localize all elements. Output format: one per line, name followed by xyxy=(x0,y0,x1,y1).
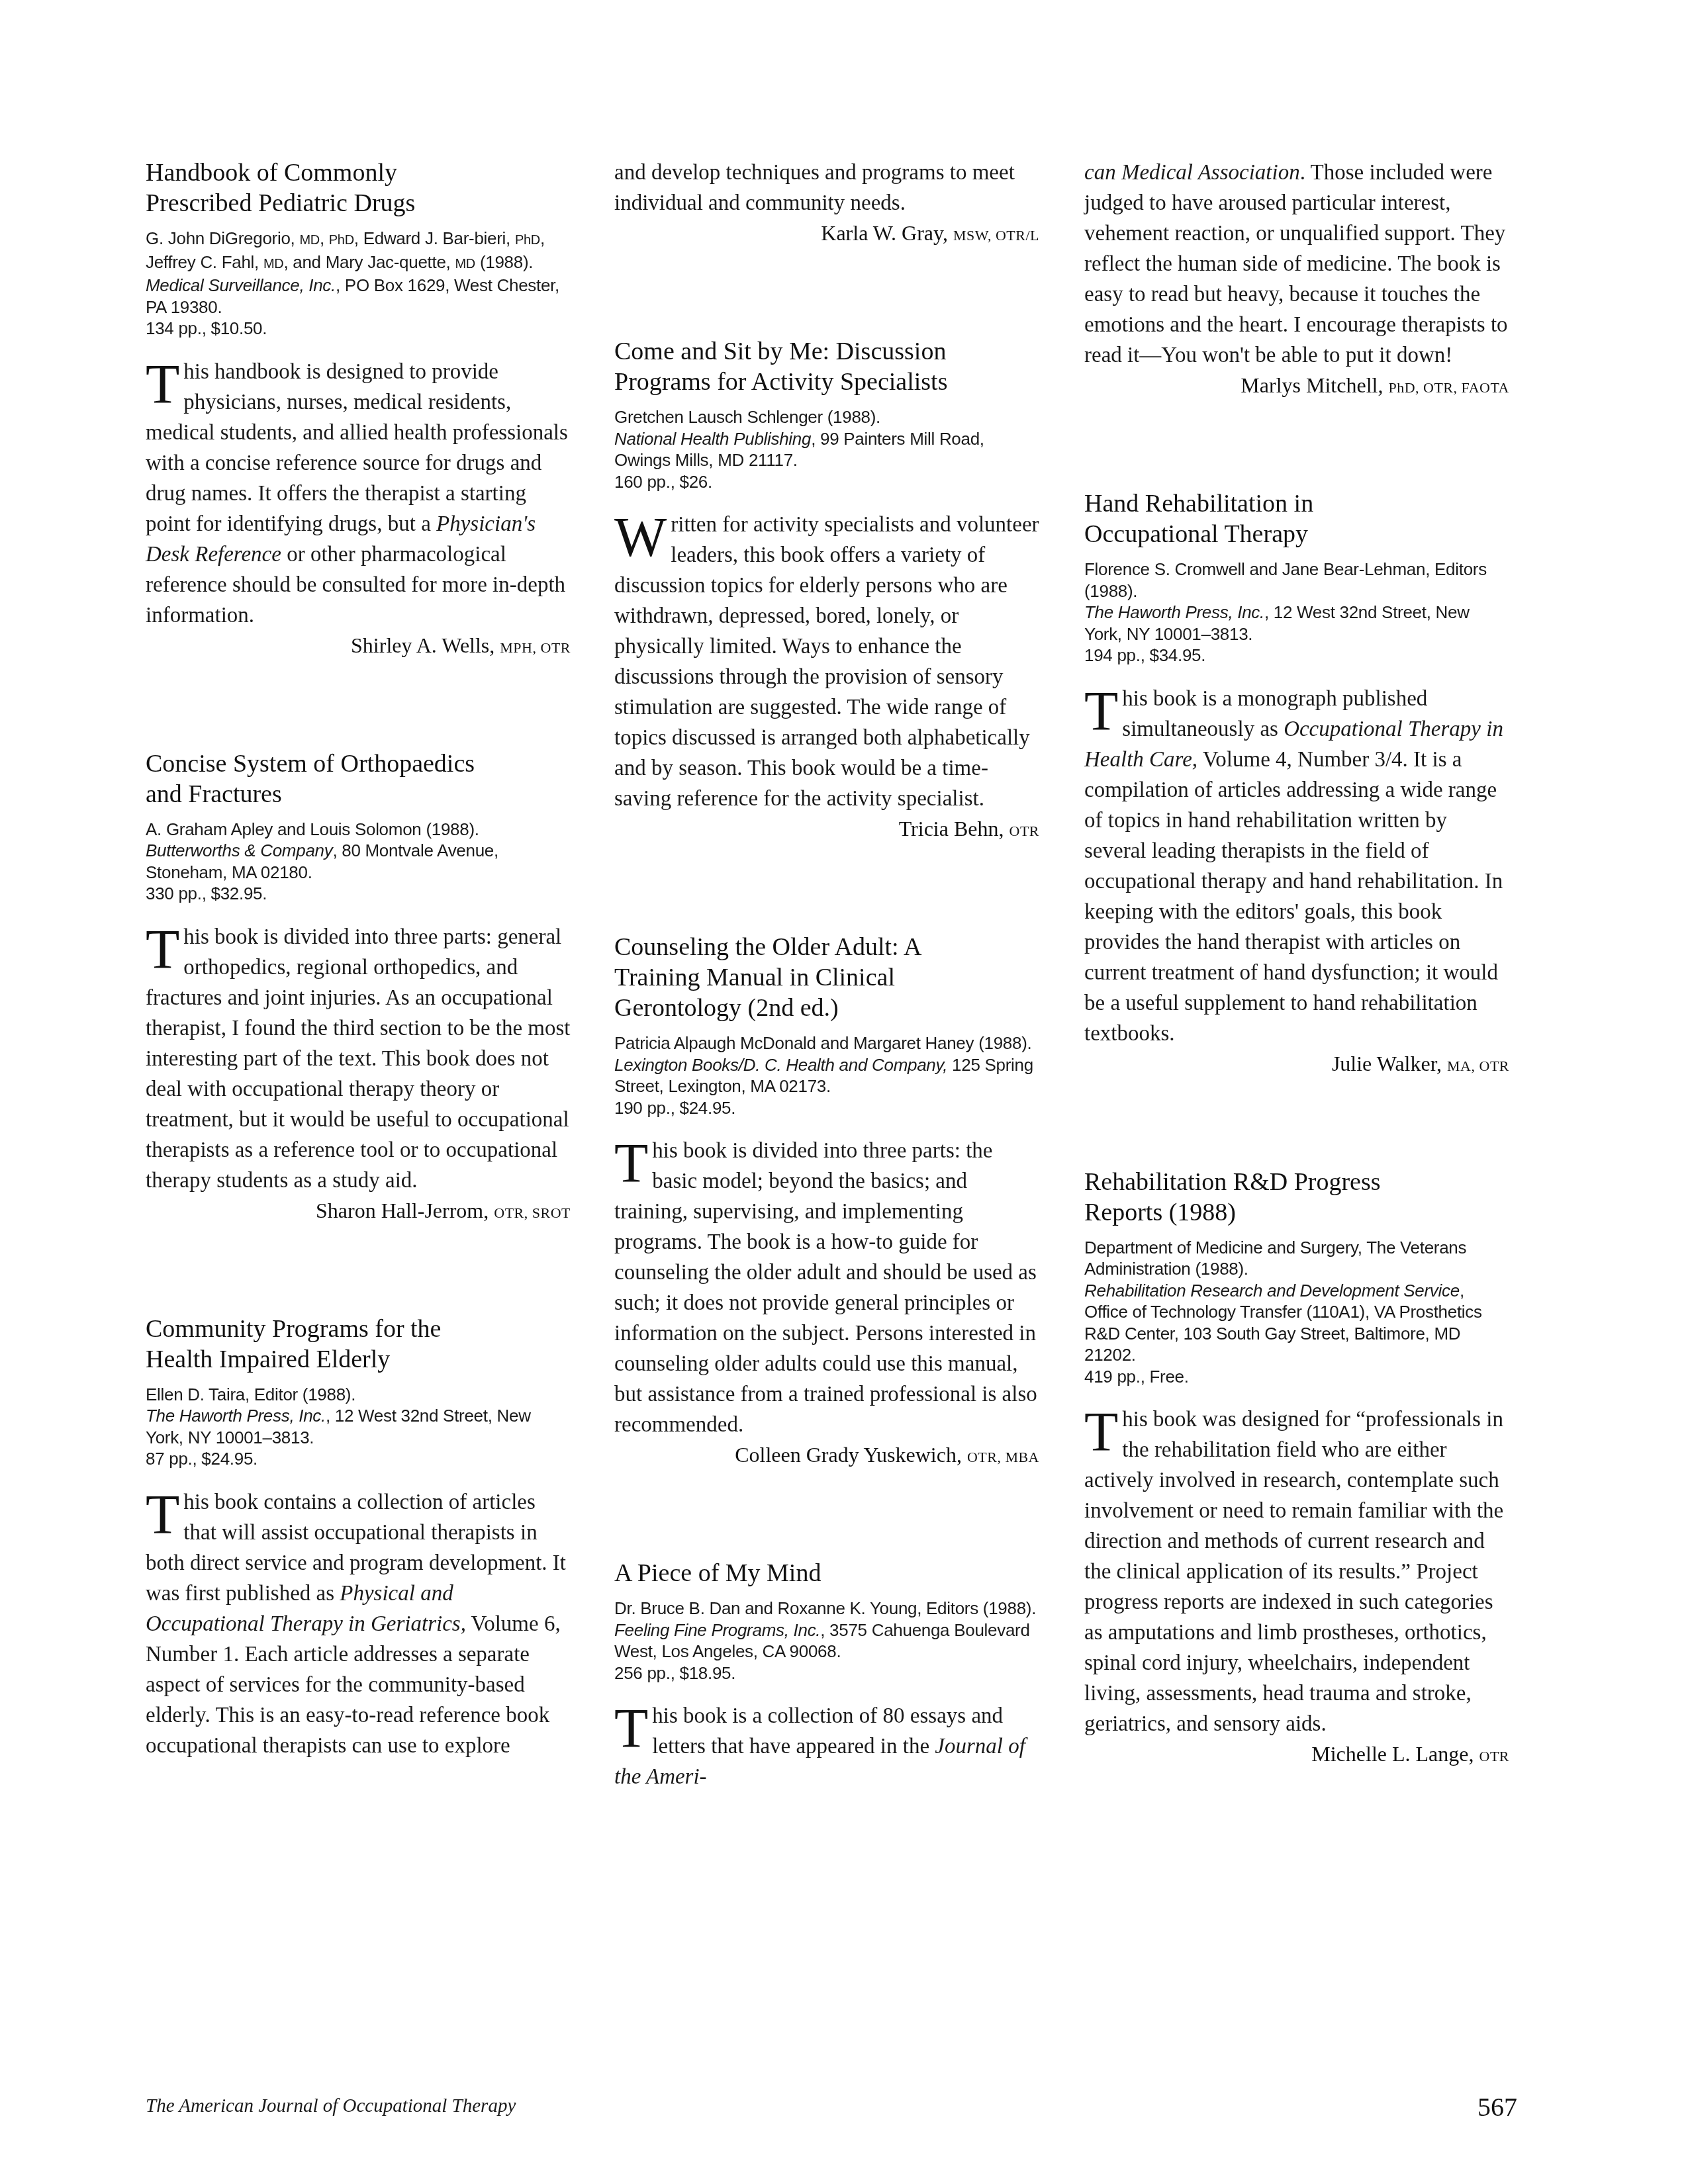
review-title: A Piece of My Mind xyxy=(614,1558,1039,1588)
reviewer-name: Michelle L. Lange xyxy=(1311,1742,1468,1766)
authors: Department of Medicine and Surgery, The … xyxy=(1084,1238,1466,1279)
title-line: Concise System of Orthopaedics xyxy=(146,750,475,778)
title-line: Programs for Activity Specialists xyxy=(614,368,947,396)
page-number: 567 xyxy=(1477,2091,1517,2122)
pages-price: 194 pp., $34.95. xyxy=(1084,645,1205,665)
body-text: Volume 4, Number 3/4. It is a compilatio… xyxy=(1084,748,1503,1046)
reviewer-signature: Marlys Mitchell, PhD, OTR, FAOTA xyxy=(1084,371,1509,402)
review-body: This book was designed for “professional… xyxy=(1084,1404,1509,1739)
reviewer-credentials: MPH, OTR xyxy=(500,639,571,656)
review-community-programs-continued: and develop techniques and programs to m… xyxy=(614,158,1039,250)
pages-price: 134 pp., $10.50. xyxy=(146,318,267,338)
publisher: Butterworths & Company xyxy=(146,841,332,860)
spacer xyxy=(1084,1081,1509,1167)
body-text: and develop techniques and programs to m… xyxy=(614,158,1039,218)
year: (1988). xyxy=(475,252,533,272)
reviewer-name: Sharon Hall-Jerrom xyxy=(316,1199,483,1222)
pages-price: 419 pp., Free. xyxy=(1084,1367,1189,1387)
review-title: Community Programs for the Health Impair… xyxy=(146,1314,571,1375)
review-title: Handbook of Commonly Prescribed Pediatri… xyxy=(146,158,571,218)
title-line: Health Impaired Elderly xyxy=(146,1345,390,1373)
title-line: Rehabilitation R&D Progress xyxy=(1084,1168,1381,1196)
reviewer-name: Marlys Mitchell xyxy=(1241,373,1378,397)
drop-cap: T xyxy=(614,1705,648,1754)
review-orthopaedics: Concise System of Orthopaedics and Fract… xyxy=(146,749,571,1228)
body-text: his book was designed for “professionals… xyxy=(1084,1408,1503,1736)
review-pediatric-drugs: Handbook of Commonly Prescribed Pediatri… xyxy=(146,158,571,662)
review-body: This book is a monograph published simul… xyxy=(1084,684,1509,1049)
review-title: Rehabilitation R&D Progress Reports (198… xyxy=(1084,1167,1509,1228)
title-line: Training Manual in Clinical xyxy=(614,964,895,991)
title-line: and Fractures xyxy=(146,780,282,808)
spacer xyxy=(146,662,571,749)
review-body: This book is divided into three parts: t… xyxy=(614,1136,1039,1440)
drop-cap: T xyxy=(146,1491,179,1540)
title-line: Reports (1988) xyxy=(1084,1199,1236,1226)
spacer xyxy=(146,1228,571,1314)
authors: Gretchen Lausch Schlenger (1988). xyxy=(614,407,880,427)
pages-price: 160 pp., $26. xyxy=(614,472,712,492)
review-community-programs: Community Programs for the Health Impair… xyxy=(146,1314,571,1761)
reviewer-signature: Sharon Hall-Jerrom, OTR, SROT xyxy=(146,1196,571,1228)
publisher: The Haworth Press, Inc. xyxy=(146,1406,326,1426)
reviewer-credentials: MA, OTR xyxy=(1447,1058,1509,1074)
body-text: ritten for activity specialists and volu… xyxy=(614,513,1039,811)
credential: MD xyxy=(455,257,475,271)
reviewer-credentials: OTR, SROT xyxy=(494,1205,571,1221)
authors: , xyxy=(320,228,329,248)
authors: G. John DiGregorio, xyxy=(146,228,299,248)
drop-cap: T xyxy=(1084,688,1118,737)
credential: PhD xyxy=(515,233,540,248)
credential: MD xyxy=(263,257,284,271)
footer-journal-title: The American Journal of Occupational The… xyxy=(146,2095,516,2117)
citation: Ellen D. Taira, Editor (1988).The Hawort… xyxy=(146,1384,571,1470)
citation: Department of Medicine and Surgery, The … xyxy=(1084,1237,1509,1388)
title-line: Counseling the Older Adult: A xyxy=(614,933,921,961)
column-3: can Medical Association. Those included … xyxy=(1084,158,1509,1771)
column-1: Handbook of Commonly Prescribed Pediatri… xyxy=(146,158,571,1761)
spacer xyxy=(614,1472,1039,1558)
pages-price: 87 pp., $24.95. xyxy=(146,1449,258,1469)
drop-cap: T xyxy=(146,361,179,410)
citation: G. John DiGregorio, MD, PhD, Edward J. B… xyxy=(146,228,571,340)
title-line: Occupational Therapy xyxy=(1084,520,1308,548)
reviewer-signature: Colleen Grady Yuskewich, OTR, MBA xyxy=(614,1440,1039,1472)
title-line: Come and Sit by Me: Discussion xyxy=(614,338,946,365)
body-text: his book is divided into three parts: th… xyxy=(614,1139,1037,1437)
citation: Gretchen Lausch Schlenger (1988).Nationa… xyxy=(614,406,1039,492)
reviewer-credentials: OTR, MBA xyxy=(967,1449,1039,1465)
review-body: This handbook is designed to provide phy… xyxy=(146,357,571,631)
spacer xyxy=(614,846,1039,932)
review-hand-rehabilitation: Hand Rehabilitation in Occupational Ther… xyxy=(1084,488,1509,1081)
review-body: Written for activity specialists and vol… xyxy=(614,510,1039,814)
reviewer-credentials: PhD, OTR, FAOTA xyxy=(1388,379,1509,396)
credential: MD xyxy=(299,233,320,248)
reviewer-credentials: OTR xyxy=(1479,1748,1510,1764)
pages-price: 330 pp., $32.95. xyxy=(146,884,267,903)
review-body: This book is divided into three parts: g… xyxy=(146,922,571,1196)
reviewer-name: Karla W. Gray xyxy=(821,221,943,245)
reviewer-signature: Tricia Behn, OTR xyxy=(614,814,1039,846)
review-counseling-older-adult: Counseling the Older Adult: A Training M… xyxy=(614,932,1039,1472)
reviewer-signature: Julie Walker, MA, OTR xyxy=(1084,1049,1509,1081)
title-line: Community Programs for the xyxy=(146,1315,441,1343)
body-text: . Those included were judged to have aro… xyxy=(1084,161,1508,367)
pages-price: 190 pp., $24.95. xyxy=(614,1098,735,1118)
reviewer-signature: Karla W. Gray, MSW, OTR/L xyxy=(614,218,1039,250)
spacer xyxy=(1084,402,1509,488)
review-body: This book contains a collection of artic… xyxy=(146,1487,571,1761)
column-2: and develop techniques and programs to m… xyxy=(614,158,1039,1792)
drop-cap: T xyxy=(146,926,179,975)
authors: Ellen D. Taira, Editor (1988). xyxy=(146,1385,355,1404)
reviewer-credentials: MSW, OTR/L xyxy=(953,227,1039,244)
reviewer-name: Shirley A. Wells xyxy=(351,633,489,657)
publisher: Medical Surveillance, Inc. xyxy=(146,275,336,295)
italic-title: can Medical Association xyxy=(1084,161,1300,185)
authors: Florence S. Cromwell and Jane Bear-Lehma… xyxy=(1084,559,1487,601)
review-rehab-rd-reports: Rehabilitation R&D Progress Reports (198… xyxy=(1084,1167,1509,1772)
review-title: Hand Rehabilitation in Occupational Ther… xyxy=(1084,488,1509,549)
publisher: National Health Publishing xyxy=(614,429,811,449)
drop-cap: T xyxy=(1084,1408,1118,1457)
review-title: Counseling the Older Adult: A Training M… xyxy=(614,932,1039,1023)
citation: Dr. Bruce B. Dan and Roxanne K. Young, E… xyxy=(614,1598,1039,1684)
drop-cap: T xyxy=(614,1140,648,1189)
publisher: Feeling Fine Programs, Inc. xyxy=(614,1620,820,1640)
reviewer-credentials: OTR xyxy=(1009,823,1040,839)
authors: A. Graham Apley and Louis Solomon (1988)… xyxy=(146,819,479,839)
review-title: Come and Sit by Me: Discussion Programs … xyxy=(614,336,1039,397)
title-line: A Piece of My Mind xyxy=(614,1559,821,1587)
pages-price: 256 pp., $18.95. xyxy=(614,1663,735,1683)
title-line: Gerontology (2nd ed.) xyxy=(614,994,839,1022)
title-line: Hand Rehabilitation in xyxy=(1084,490,1313,518)
review-title: Concise System of Orthopaedics and Fract… xyxy=(146,749,571,809)
citation: Patricia Alpaugh McDonald and Margaret H… xyxy=(614,1032,1039,1118)
spacer xyxy=(614,250,1039,336)
body-text: his book is divided into three parts: ge… xyxy=(146,925,571,1193)
title-line: Prescribed Pediatric Drugs xyxy=(146,189,415,217)
review-body: This book is a collection of 80 essays a… xyxy=(614,1701,1039,1792)
reviewer-signature: Michelle L. Lange, OTR xyxy=(1084,1739,1509,1771)
authors: Dr. Bruce B. Dan and Roxanne K. Young, E… xyxy=(614,1598,1036,1618)
authors: , and Mary Jac-quette, xyxy=(283,252,455,272)
credential: PhD xyxy=(329,233,354,248)
body-text: his handbook is designed to provide phys… xyxy=(146,360,568,536)
reviewer-name: Tricia Behn xyxy=(899,817,999,841)
authors: , Edward J. Bar-bieri, xyxy=(354,228,515,248)
authors: Patricia Alpaugh McDonald and Margaret H… xyxy=(614,1033,1031,1053)
reviewer-name: Julie Walker xyxy=(1332,1052,1436,1075)
reviewer-signature: Shirley A. Wells, MPH, OTR xyxy=(146,631,571,662)
review-piece-of-my-mind: A Piece of My Mind Dr. Bruce B. Dan and … xyxy=(614,1558,1039,1792)
citation: Florence S. Cromwell and Jane Bear-Lehma… xyxy=(1084,559,1509,666)
publisher: Lexington Books/D. C. Health and Company… xyxy=(614,1055,947,1075)
title-line: Handbook of Commonly xyxy=(146,159,397,187)
publisher: The Haworth Press, Inc. xyxy=(1084,602,1264,622)
publisher: Rehabilitation Research and Development … xyxy=(1084,1281,1460,1300)
review-piece-of-my-mind-continued: can Medical Association. Those included … xyxy=(1084,158,1509,402)
drop-cap: W xyxy=(614,514,667,563)
body-text: can Medical Association. Those included … xyxy=(1084,158,1509,371)
citation: A. Graham Apley and Louis Solomon (1988)… xyxy=(146,819,571,905)
reviewer-name: Colleen Grady Yuskewich xyxy=(735,1443,957,1467)
review-come-and-sit: Come and Sit by Me: Discussion Programs … xyxy=(614,336,1039,846)
